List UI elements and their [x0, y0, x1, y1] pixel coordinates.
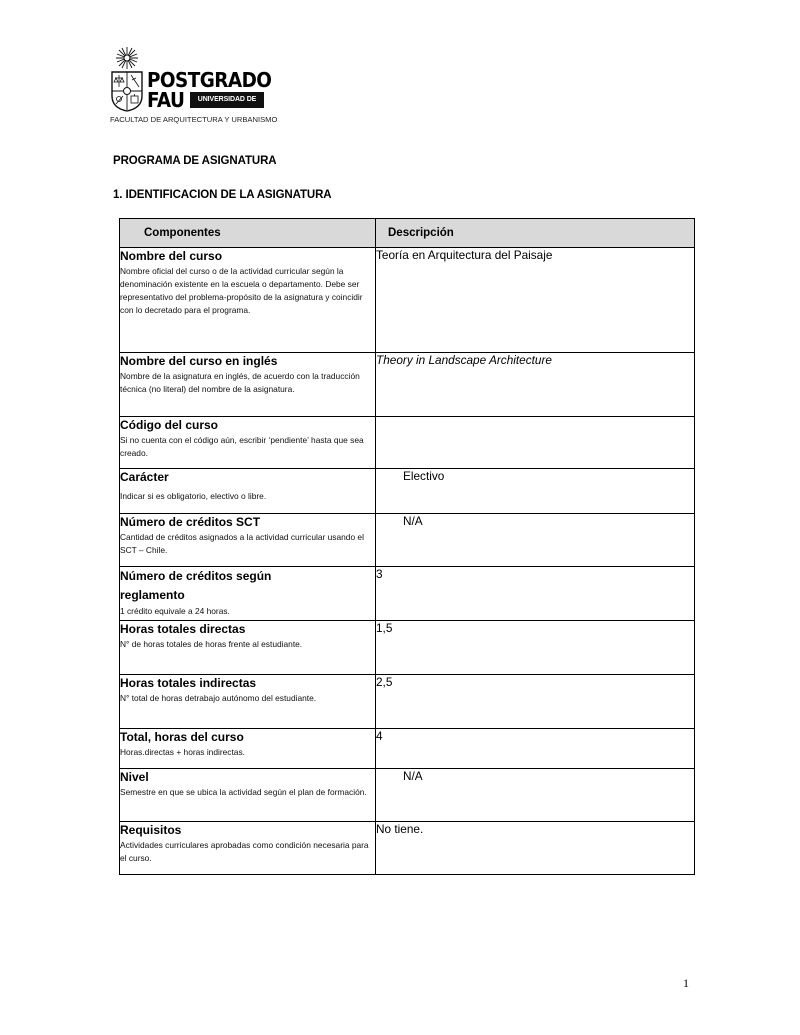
- description-value: 2,5: [376, 675, 694, 689]
- table-row: Nombre del curso Nombre oficial del curs…: [120, 248, 695, 353]
- component-help: Nombre de la asignatura en inglés, de ac…: [120, 370, 375, 396]
- column-header-descripcion: Descripción: [376, 219, 695, 248]
- course-identification-table: Componentes Descripción Nombre del curso…: [119, 218, 695, 875]
- component-help: Actividades curriculares aprobadas como …: [120, 839, 375, 865]
- component-label: Número de créditos SCT: [120, 514, 375, 531]
- table-row: Número de créditos SCT Cantidad de crédi…: [120, 514, 695, 567]
- description-value: N/A: [403, 514, 694, 528]
- component-cell: Nivel Semestre en que se ubica la activi…: [120, 769, 376, 822]
- university-coat-of-arms-icon: [110, 46, 144, 112]
- table-row: Número de créditos según reglamento 1 cr…: [120, 567, 695, 621]
- component-cell: Carácter Indicar si es obligatorio, elec…: [120, 469, 376, 514]
- description-value: Electivo: [403, 469, 694, 483]
- table-row: Total, horas del curso Horas.directas + …: [120, 729, 695, 769]
- logo-faculty-name: FACULTAD DE ARQUITECTURA Y URBANISMO: [110, 115, 277, 124]
- component-label: Horas totales directas: [120, 621, 375, 638]
- page-number: 1: [683, 976, 689, 991]
- component-label: Nombre del curso: [120, 248, 375, 265]
- component-help: Nombre oficial del curso o de la activid…: [120, 265, 375, 317]
- component-label: Carácter: [120, 469, 375, 486]
- description-cell: Electivo: [376, 469, 695, 514]
- section-title: 1. IDENTIFICACION DE LA ASIGNATURA: [113, 189, 332, 201]
- table-row: Código del curso Si no cuenta con el cód…: [120, 417, 695, 469]
- table-row: Horas totales directas N° de horas total…: [120, 621, 695, 675]
- logo-wordmark-fau: FAU: [147, 90, 184, 110]
- table-row: Carácter Indicar si es obligatorio, elec…: [120, 469, 695, 514]
- table-header-row: Componentes Descripción: [120, 219, 695, 248]
- logo-wordmark-postgrado: POSTGRADO: [147, 70, 271, 90]
- component-cell: Nombre del curso Nombre oficial del curs…: [120, 248, 376, 353]
- component-label: Número de créditos según reglamento: [120, 567, 315, 605]
- component-label: Código del curso: [120, 417, 375, 434]
- component-help: Cantidad de créditos asignados a la acti…: [120, 531, 375, 557]
- description-value: No tiene.: [376, 822, 694, 836]
- component-cell: Requisitos Actividades curriculares apro…: [120, 822, 376, 875]
- component-label: Nombre del curso en inglés: [120, 353, 375, 370]
- component-cell: Total, horas del curso Horas.directas + …: [120, 729, 376, 769]
- component-label: Total, horas del curso: [120, 729, 375, 746]
- description-value: Theory in Landscape Architecture: [376, 353, 694, 367]
- component-cell: Número de créditos según reglamento 1 cr…: [120, 567, 376, 621]
- description-value: 3: [376, 567, 694, 581]
- description-cell: 1,5: [376, 621, 695, 675]
- description-cell: 2,5: [376, 675, 695, 729]
- component-cell: Nombre del curso en inglés Nombre de la …: [120, 353, 376, 417]
- component-help: 1 crédito equivale a 24 horas.: [120, 605, 315, 618]
- table-row: Nombre del curso en inglés Nombre de la …: [120, 353, 695, 417]
- description-value: N/A: [403, 769, 694, 783]
- column-header-componentes: Componentes: [120, 219, 376, 248]
- description-cell: N/A: [376, 514, 695, 567]
- component-help: Semestre en que se ubica la actividad se…: [120, 786, 375, 799]
- table-row: Horas totales indirectas N° total de hor…: [120, 675, 695, 729]
- component-label: Nivel: [120, 769, 375, 786]
- component-help: Indicar si es obligatorio, electivo o li…: [120, 490, 375, 503]
- description-cell: Theory in Landscape Architecture: [376, 353, 695, 417]
- table-row: Nivel Semestre en que se ubica la activi…: [120, 769, 695, 822]
- component-label: Horas totales indirectas: [120, 675, 375, 692]
- description-cell: No tiene.: [376, 822, 695, 875]
- description-value: Teoría en Arquitectura del Paisaje: [376, 248, 694, 262]
- description-cell: [376, 417, 695, 469]
- component-help: Horas.directas + horas indirectas.: [120, 746, 375, 759]
- component-help: Si no cuenta con el código aún, escribir…: [120, 434, 375, 460]
- component-cell: Horas totales indirectas N° total de hor…: [120, 675, 376, 729]
- document-title: PROGRAMA DE ASIGNATURA: [113, 155, 276, 167]
- description-cell: 4: [376, 729, 695, 769]
- postgrado-fau-logo: POSTGRADO FAU UNIVERSIDAD DE CHILE FACUL…: [110, 46, 280, 126]
- component-cell: Número de créditos SCT Cantidad de crédi…: [120, 514, 376, 567]
- component-help: N° de horas totales de horas frente al e…: [120, 638, 375, 651]
- component-cell: Horas totales directas N° de horas total…: [120, 621, 376, 675]
- table-row: Requisitos Actividades curriculares apro…: [120, 822, 695, 875]
- description-cell: Teoría en Arquitectura del Paisaje: [376, 248, 695, 353]
- logo-university-badge: UNIVERSIDAD DE CHILE: [190, 92, 264, 108]
- description-value: 1,5: [376, 621, 694, 635]
- component-help: N° total de horas detrabajo autónomo del…: [120, 692, 375, 705]
- component-cell: Código del curso Si no cuenta con el cód…: [120, 417, 376, 469]
- component-label: Requisitos: [120, 822, 375, 839]
- description-cell: 3: [376, 567, 695, 621]
- description-value: 4: [376, 729, 694, 743]
- description-cell: N/A: [376, 769, 695, 822]
